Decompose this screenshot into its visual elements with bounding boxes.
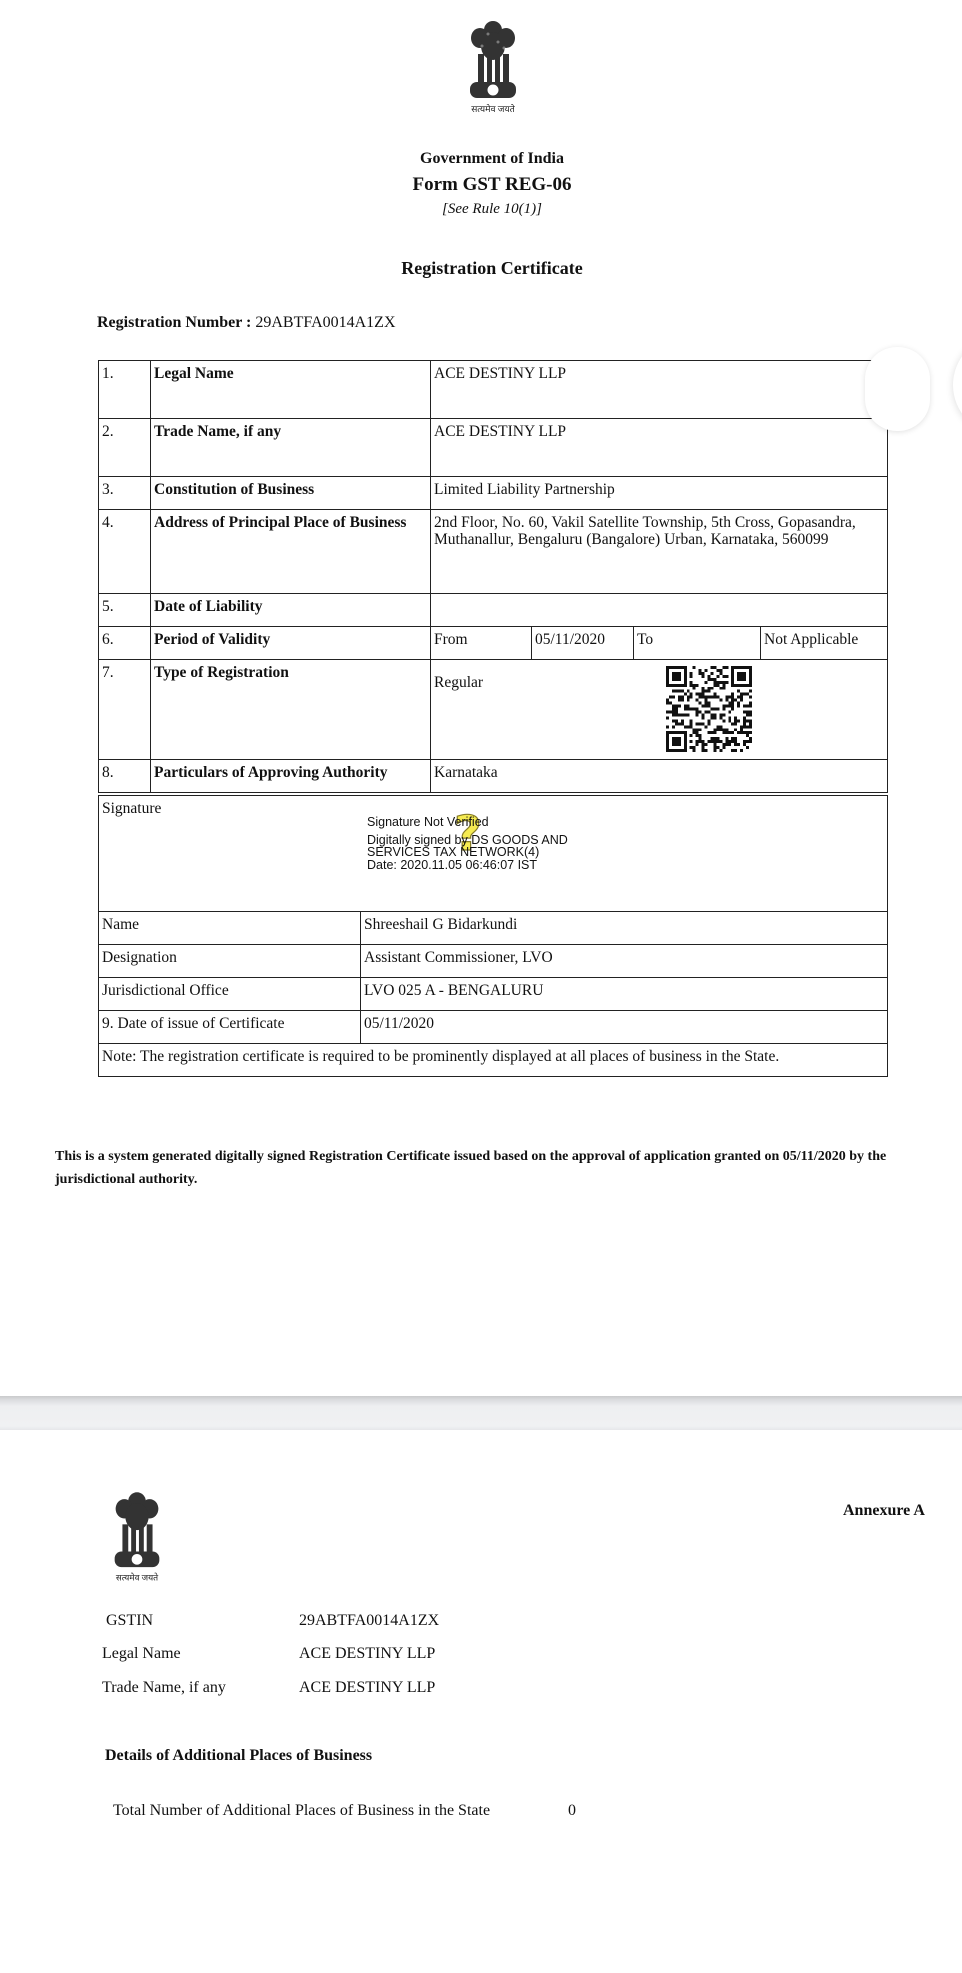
trade-name-value: ACE DESTINY LLP bbox=[299, 1679, 435, 1697]
trade-name-label: Trade Name, if any bbox=[102, 1679, 226, 1697]
address-value: 2nd Floor, No. 60, Vakil Satellite Towns… bbox=[431, 510, 888, 594]
row-number: 4. bbox=[99, 510, 151, 594]
table-row: 6. Period of Validity From 05/11/2020 To… bbox=[99, 627, 888, 660]
qr-code-icon bbox=[666, 666, 752, 752]
row-number: 8. bbox=[99, 760, 151, 793]
additional-places-label: Total Number of Additional Places of Bus… bbox=[113, 1802, 490, 1820]
officer-name-value: Shreeshail G Bidarkundi bbox=[361, 912, 888, 945]
signature-table: Signature ? Signature Not Verified Digit… bbox=[98, 795, 888, 1077]
national-emblem-icon: सत्यमेव जयते bbox=[458, 16, 528, 116]
note-row: Note: The registration certificate is re… bbox=[99, 1044, 888, 1077]
signature-status: Signature Not Verified bbox=[367, 816, 568, 829]
legal-name-value: ACE DESTINY LLP bbox=[431, 361, 888, 419]
display-note: Note: The registration certificate is re… bbox=[99, 1044, 888, 1077]
issue-date-value: 05/11/2020 bbox=[361, 1011, 888, 1044]
officer-label: 9. Date of issue of Certificate bbox=[99, 1011, 361, 1044]
officer-row: Designation Assistant Commissioner, LVO bbox=[99, 945, 888, 978]
table-row: 3. Constitution of Business Limited Liab… bbox=[99, 477, 888, 510]
trade-name-value: ACE DESTINY LLP bbox=[431, 419, 888, 477]
constitution-value: Limited Liability Partnership bbox=[431, 477, 888, 510]
signature-date: Date: 2020.11.05 06:46:07 IST bbox=[367, 859, 568, 872]
signature-row: Signature ? Signature Not Verified Digit… bbox=[99, 796, 888, 912]
legal-name-value: ACE DESTINY LLP bbox=[299, 1645, 435, 1663]
signed-by-line-2: SERVICES TAX NETWORK(4) bbox=[367, 846, 568, 859]
certificate-title: Registration Certificate bbox=[0, 258, 962, 279]
table-row: 7. Type of Registration Regular bbox=[99, 660, 888, 760]
officer-label: Designation bbox=[99, 945, 361, 978]
registration-details-table: 1. Legal Name ACE DESTINY LLP 2. Trade N… bbox=[98, 360, 888, 793]
row-label: Date of Liability bbox=[151, 594, 431, 627]
page-separator bbox=[0, 1396, 962, 1430]
svg-text:सत्यमेव जयते: सत्यमेव जयते bbox=[471, 103, 515, 114]
floating-overlay-button[interactable] bbox=[865, 347, 930, 431]
officer-row: Jurisdictional Office LVO 025 A - BENGAL… bbox=[99, 978, 888, 1011]
row-number: 3. bbox=[99, 477, 151, 510]
legal-name-label: Legal Name bbox=[102, 1645, 181, 1663]
signature-label: Signature bbox=[102, 800, 161, 817]
row-label: Trade Name, if any bbox=[151, 419, 431, 477]
validity-to-label: To bbox=[634, 627, 761, 660]
gstin-label: GSTIN bbox=[106, 1612, 153, 1630]
officer-row: Name Shreeshail G Bidarkundi bbox=[99, 912, 888, 945]
designation-value: Assistant Commissioner, LVO bbox=[361, 945, 888, 978]
additional-places-heading: Details of Additional Places of Business bbox=[105, 1747, 372, 1765]
validity-from-value: 05/11/2020 bbox=[532, 627, 634, 660]
signature-cell: Signature ? Signature Not Verified Digit… bbox=[99, 796, 888, 912]
table-row: 4. Address of Principal Place of Busines… bbox=[99, 510, 888, 594]
validity-to-value: Not Applicable bbox=[761, 627, 888, 660]
row-number: 5. bbox=[99, 594, 151, 627]
table-row: 5. Date of Liability bbox=[99, 594, 888, 627]
additional-places-count: 0 bbox=[568, 1802, 576, 1820]
digital-signature-block[interactable]: Signature Not Verified Digitally signed … bbox=[367, 816, 568, 871]
officer-row: 9. Date of issue of Certificate 05/11/20… bbox=[99, 1011, 888, 1044]
annexure-title: Annexure A bbox=[843, 1502, 925, 1520]
rule-reference: [See Rule 10(1)] bbox=[0, 201, 962, 218]
date-of-liability-value bbox=[431, 594, 888, 627]
registration-number: Registration Number : 29ABTFA0014A1ZX bbox=[97, 314, 396, 332]
row-label: Address of Principal Place of Business bbox=[151, 510, 431, 594]
registration-type-cell: Regular bbox=[431, 660, 888, 760]
jurisdictional-office-value: LVO 025 A - BENGALURU bbox=[361, 978, 888, 1011]
row-number: 7. bbox=[99, 660, 151, 760]
form-title: Form GST REG-06 bbox=[0, 174, 962, 196]
table-row: 8. Particulars of Approving Authority Ka… bbox=[99, 760, 888, 793]
registration-number-value: 29ABTFA0014A1ZX bbox=[255, 314, 395, 331]
national-emblem-icon: सत्यमेव जयते bbox=[103, 1486, 171, 1586]
system-generated-disclaimer: This is a system generated digitally sig… bbox=[55, 1145, 935, 1191]
row-label: Particulars of Approving Authority bbox=[151, 760, 431, 793]
officer-label: Jurisdictional Office bbox=[99, 978, 361, 1011]
government-heading: Government of India bbox=[0, 150, 962, 168]
table-row: 2. Trade Name, if any ACE DESTINY LLP bbox=[99, 419, 888, 477]
registration-number-label: Registration Number : bbox=[97, 314, 251, 331]
officer-label: Name bbox=[99, 912, 361, 945]
pdf-page-2: सत्यमेव जयते Annexure A GSTIN 29ABTFA001… bbox=[0, 1430, 962, 1973]
row-label: Legal Name bbox=[151, 361, 431, 419]
row-label: Type of Registration bbox=[151, 660, 431, 760]
pdf-page-1: सत्यमेव जयते Government of India Form GS… bbox=[0, 0, 962, 1396]
row-number: 6. bbox=[99, 627, 151, 660]
table-row: 1. Legal Name ACE DESTINY LLP bbox=[99, 361, 888, 419]
approving-authority-value: Karnataka bbox=[431, 760, 888, 793]
row-label: Constitution of Business bbox=[151, 477, 431, 510]
row-number: 2. bbox=[99, 419, 151, 477]
row-number: 1. bbox=[99, 361, 151, 419]
gstin-value: 29ABTFA0014A1ZX bbox=[299, 1612, 439, 1630]
row-label: Period of Validity bbox=[151, 627, 431, 660]
validity-from-label: From bbox=[431, 627, 532, 660]
svg-text:सत्यमेव जयते: सत्यमेव जयते bbox=[116, 1573, 159, 1583]
registration-type-value: Regular bbox=[434, 674, 483, 691]
